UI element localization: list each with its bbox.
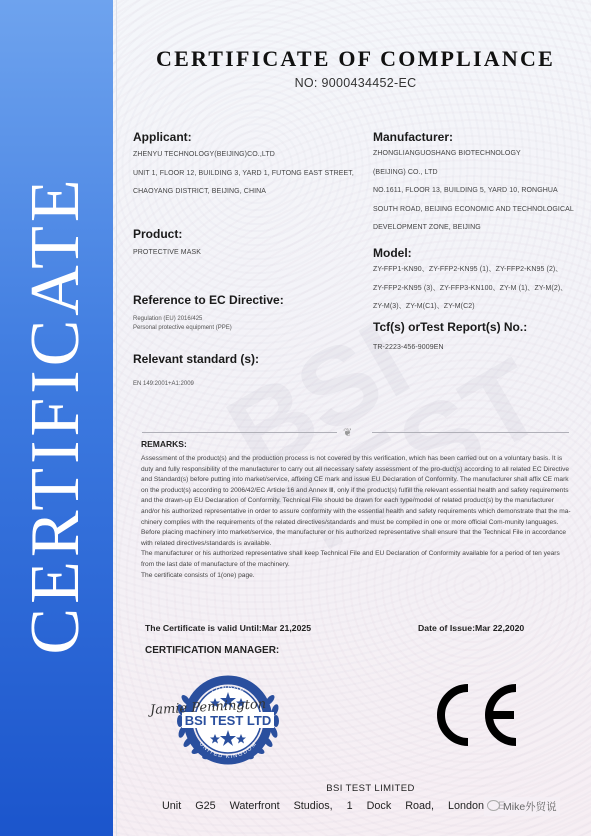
side-divider [116,0,117,836]
issuer-company: BSI TEST LIMITED [150,783,591,794]
directive-regulation: Regulation (EU) 2016/425 [133,315,232,324]
directive-scope: Personal protective equipment (PPE) [133,324,232,333]
chat-bubble-icon [487,800,500,811]
directive-label: Reference to EC Directive: [133,293,284,307]
product-value: PROTECTIVE MASK [133,244,201,263]
remarks-paragraph-3: The certificate consists of 1(one) page. [141,571,571,582]
divider-right [372,432,569,433]
certification-manager-label: CERTIFICATION MANAGER: [145,645,279,656]
overlay-tag-text: Mike外贸说 [503,801,557,813]
standard-label: Relevant standard (s): [133,352,259,366]
manufacturer-name-1: ZHONGLIANGUOSHANG BIOTECHNOLOGY [373,145,574,164]
manufacturer-address-3: DEVELOPMENT ZONE, BEIJING [373,219,574,238]
report-value: TR-2223-456-9009EN [373,339,444,358]
manufacturer-address-1: NO.1611, FLOOR 13, BUILDING 5, YARD 10, … [373,182,574,201]
manufacturer-details: ZHONGLIANGUOSHANG BIOTECHNOLOGY (BEIJING… [373,145,574,238]
model-line-1: ZY-FFP1-KN90、ZY-FFP2-KN95 (1)、ZY-FFP2-KN… [373,261,567,280]
applicant-details: ZHENYU TECHNOLOGY(BEIJING)CO.,LTD UNIT 1… [133,146,354,202]
side-panel-word: CERTIFICATE [21,175,91,654]
overlay-tag: Mike外贸说 [484,797,560,816]
applicant-label: Applicant: [133,130,192,144]
standard-value: EN 149:2001+A1:2009 [133,380,194,389]
report-label: Tcf(s) orTest Report(s) No.: [373,320,527,334]
product-label: Product: [133,227,182,241]
remarks-paragraph-2: The manufacturer or his authorized repre… [141,549,571,570]
date-of-issue: Date of Issue:Mar 22,2020 [418,623,524,633]
divider-left [142,432,337,433]
certificate-number: NO: 9000434452-EC [120,76,591,90]
directive-details: Regulation (EU) 2016/425 Personal protec… [133,315,232,333]
applicant-name: ZHENYU TECHNOLOGY(BEIJING)CO.,LTD [133,146,354,165]
bsi-seal-icon: LONDON UNITED KINGDOM BSI TEST LTD [168,670,288,770]
valid-until: The Certificate is valid Until:Mar 21,20… [145,623,311,633]
manufacturer-name-2: (BEIJING) CO., LTD [373,164,574,183]
ce-mark-icon [428,680,520,750]
model-line-3: ZY-M(3)、ZY-M(C1)、ZY-M(C2) [373,298,567,317]
remarks-text: Assessment of the product(s) and the pro… [141,454,571,581]
applicant-address-line-2: CHAOYANG DISTRICT, BEIJING, CHINA [133,183,354,202]
model-list: ZY-FFP1-KN90、ZY-FFP2-KN95 (1)、ZY-FFP2-KN… [373,261,567,317]
remarks-label: REMARKS: [141,439,187,449]
model-line-2: ZY-FFP2-KN95 (3)、ZY-FFP3-KN100、ZY-M (1)、… [373,280,567,299]
ornament-icon: ❦ [343,426,352,439]
certificate-title: CERTIFICATE OF COMPLIANCE [120,46,591,72]
manufacturer-address-2: SOUTH ROAD, BEIJING ECONOMIC AND TECHNOL… [373,201,574,220]
model-label: Model: [373,246,412,260]
side-panel: CERTIFICATE [0,0,113,836]
manufacturer-label: Manufacturer: [373,130,453,144]
remarks-paragraph-1: Assessment of the product(s) and the pro… [141,454,571,549]
applicant-address-line-1: UNIT 1, FLOOR 12, BUILDING 3, YARD 1, FU… [133,165,354,184]
